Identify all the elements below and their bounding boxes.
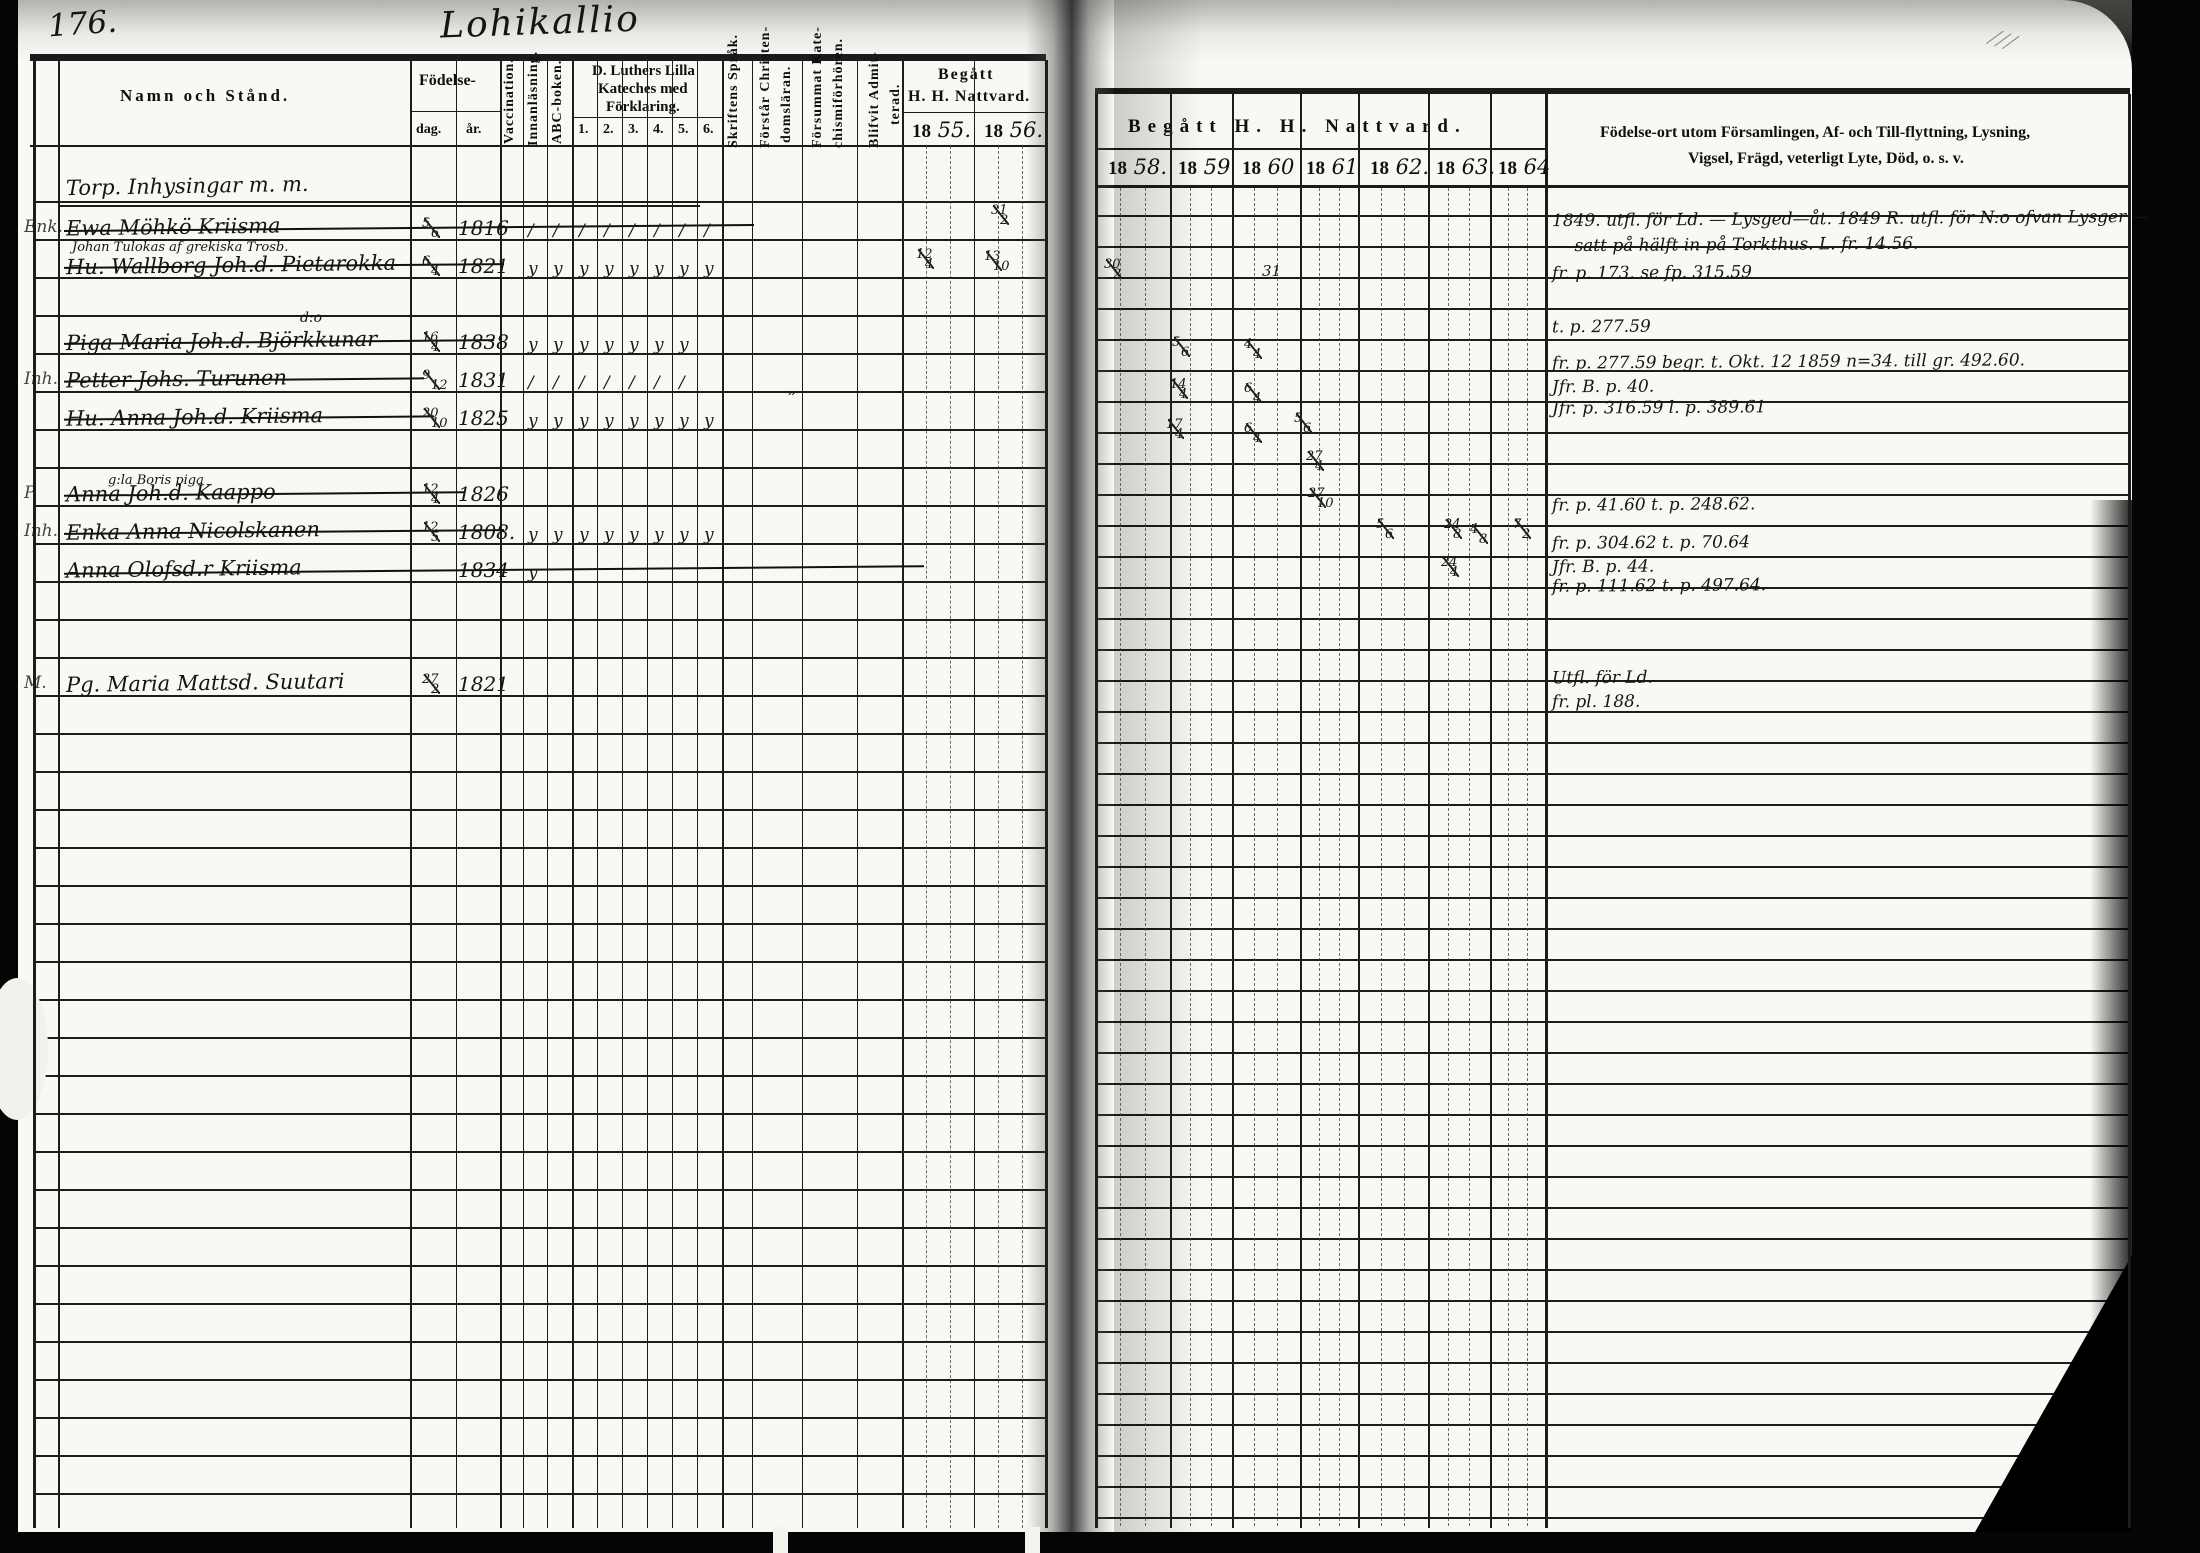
fraction-numerator: 31 — [991, 204, 1008, 217]
communion-date-1863: 248 — [1446, 518, 1463, 544]
fraction-numerator: 24 — [1441, 556, 1458, 569]
fraction-numerator: 27 — [1306, 450, 1323, 463]
right-column-line — [1170, 94, 1172, 1528]
notes-annotation-handwritten: fr. p. 277.59 begr. t. Okt. 12 1859 n=34… — [1552, 350, 2025, 373]
fraction-denominator: 4 — [431, 265, 439, 278]
communion-date-1863: 244 — [1443, 556, 1460, 582]
notes-annotation-handwritten: Jfr. B. p. 40. — [1552, 377, 1654, 398]
left-column-line — [33, 60, 36, 1528]
left-column-line — [597, 60, 598, 1528]
reading-check-mark: / — [528, 373, 534, 393]
reading-check-mark: / — [553, 373, 559, 393]
left-column-line — [902, 60, 904, 1528]
left-column-line — [622, 60, 623, 1528]
communion-date-1863: 48 — [1472, 523, 1480, 549]
margin-abbreviation: Inh. — [24, 521, 58, 541]
right-column-line — [2128, 94, 2131, 1528]
right-subcolumn-dashed-line — [1527, 188, 1528, 1526]
reading-check-mark: y — [528, 563, 538, 583]
reading-check-mark: y — [629, 525, 639, 545]
reading-check-mark: y — [528, 525, 538, 545]
left-column-line — [647, 60, 648, 1528]
notes-annotation-handwritten: fr. p. 41.60 t. p. 248.62. — [1552, 494, 1755, 515]
reading-check-mark: / — [553, 221, 559, 241]
fraction-numerator: 5 — [1376, 518, 1384, 531]
fraction-denominator: 2 — [1522, 528, 1530, 541]
fraction-denominator: 10 — [993, 260, 1010, 273]
fraction-numerator: 16 — [422, 331, 439, 344]
left-column-line — [500, 60, 502, 1528]
person-name-handwritten: Pg. Maria Mattsd. Suutari — [66, 669, 345, 697]
catechism-subcolumn-number: 3. — [628, 122, 639, 138]
fraction-denominator: 6 — [431, 227, 439, 240]
fraction-numerator: 5 — [422, 217, 430, 230]
catechism-subcolumn-number: 2. — [603, 122, 614, 138]
right-subcolumn-dashed-line — [1277, 188, 1278, 1526]
reading-check-mark: y — [654, 259, 664, 279]
right-subcolumn-dashed-line — [1120, 188, 1121, 1526]
year-label-1863: 18 63. — [1436, 155, 1495, 180]
fraction-denominator: 12 — [431, 379, 448, 392]
reading-check-mark: / — [528, 221, 534, 241]
fraction-denominator: 4 — [1450, 566, 1467, 579]
fraction-numerator: 6 — [1244, 422, 1252, 435]
reading-check-mark: y — [629, 259, 639, 279]
left-column-line — [857, 60, 858, 1528]
ditto-mark: „ — [788, 378, 797, 398]
reading-check-mark: y — [528, 335, 538, 355]
right-column-line — [1358, 94, 1360, 1528]
dynamic-content-layer: 18 55.18 56.18 58.18 5918 6018 6118 62.1… — [0, 0, 2200, 1553]
reading-check-mark: y — [604, 525, 614, 545]
notes-annotation-handwritten: fr. p. 304.62 t. p. 70.64 — [1552, 532, 1750, 553]
communion-date-1858: 302 — [1106, 258, 1123, 284]
birth-year-handwritten: 1825 — [458, 406, 509, 430]
fraction-numerator: 14 — [1170, 378, 1187, 391]
right-column-line — [1490, 94, 1492, 1528]
left-column-line — [572, 60, 574, 1528]
notes-annotation-handwritten: — satt på hälft in på Torkthus. L. fr. 1… — [1552, 234, 1919, 257]
person-name-handwritten: Anna Olofsd.r Kriisma — [66, 555, 302, 582]
communion-date-1859: 174 — [1168, 418, 1185, 444]
notes-annotation-handwritten: 1849. utfl. för Ld. — Lysged—åt. 1849 R.… — [1552, 207, 2149, 231]
reading-check-mark: y — [629, 335, 639, 355]
birth-year-handwritten: 1808. — [458, 520, 515, 544]
reading-check-mark: y — [679, 335, 689, 355]
fraction-numerator: 6 — [422, 255, 430, 268]
year-label-1862: 18 62. — [1370, 155, 1429, 180]
fraction-numerator: 30 — [1104, 258, 1121, 271]
reading-check-mark: y — [528, 411, 538, 431]
year-handwritten-digits: 64 — [1517, 155, 1550, 179]
birth-day-fraction: 164 — [424, 331, 441, 357]
birth-day-fraction: 56 — [424, 217, 432, 243]
communion-date-1860: 44 — [1246, 338, 1254, 364]
fraction-denominator: 4 — [1179, 388, 1196, 401]
birth-day-fraction: 272 — [424, 673, 441, 699]
reading-check-mark: / — [704, 221, 710, 241]
right-column-line — [1232, 94, 1234, 1528]
left-column-line — [1045, 60, 1048, 1528]
fraction-numerator: 20 — [422, 407, 439, 420]
fraction-numerator: 9 — [422, 369, 439, 382]
communion-date-1864: 72 — [1515, 518, 1523, 544]
reading-check-mark: y — [654, 411, 664, 431]
fraction-numerator: 27 — [422, 673, 439, 686]
left-subcolumn-dashed-line — [926, 146, 927, 1528]
fraction-numerator: 4 — [1470, 523, 1478, 536]
margin-abbreviation: P. — [24, 483, 37, 503]
fraction-denominator: 4 — [925, 258, 942, 271]
reading-check-mark: / — [604, 221, 610, 241]
reading-check-mark: y — [679, 259, 689, 279]
fraction-numerator: 17 — [1166, 418, 1183, 431]
margin-abbreviation: M. — [24, 673, 47, 693]
fraction-denominator: 4 — [1253, 392, 1261, 405]
right-subcolumn-dashed-line — [1145, 188, 1146, 1526]
person-name-handwritten: Ewa Möhkö Kriisma — [66, 214, 281, 241]
communion-date-1860: 31 — [1262, 262, 1281, 280]
birth-year-handwritten: 1816 — [458, 216, 509, 240]
fraction-denominator: 4 — [1253, 432, 1261, 445]
year-label-1856: 18 56. — [984, 118, 1043, 143]
fraction-denominator: 4 — [431, 341, 448, 354]
birth-day-fraction: 2010 — [424, 407, 441, 433]
left-column-line — [752, 60, 753, 1528]
left-subcolumn-dashed-line — [1022, 146, 1023, 1528]
birth-year-handwritten: 1834 — [458, 558, 509, 582]
communion-date-1859: 144 — [1172, 378, 1189, 404]
notes-annotation-handwritten: fr. p. 111.62 t. p. 497.64. — [1552, 575, 1766, 596]
reading-check-mark: y — [654, 335, 664, 355]
fraction-denominator: 5 — [431, 531, 448, 544]
communion-date-1856: 1310 — [986, 250, 1003, 276]
right-column-line — [1300, 94, 1302, 1528]
reading-check-mark: y — [629, 411, 639, 431]
year-handwritten-digits: 55. — [931, 118, 971, 142]
reading-check-mark: y — [579, 411, 589, 431]
notes-annotation-handwritten: fr. p. 173. se fp. 315.59 — [1552, 262, 1752, 283]
reading-check-mark: y — [704, 525, 714, 545]
birth-day-fraction: 64 — [424, 255, 432, 281]
fraction-denominator: 6 — [1385, 528, 1393, 541]
reading-check-mark: y — [553, 335, 563, 355]
left-column-line — [672, 60, 673, 1528]
year-handwritten-digits: 62. — [1389, 155, 1429, 179]
year-handwritten-digits: 63. — [1455, 155, 1495, 179]
notes-annotation-handwritten: t. p. 277.59 — [1552, 317, 1651, 338]
catechism-subcolumn-number: 4. — [653, 122, 664, 138]
communion-date-1861: 274 — [1308, 450, 1325, 476]
right-subcolumn-dashed-line — [1508, 188, 1509, 1526]
reading-check-mark: y — [528, 259, 538, 279]
communion-date-1860: 64 — [1246, 422, 1254, 448]
reading-check-mark: / — [629, 373, 635, 393]
birth-day-fraction: 125 — [424, 521, 441, 547]
fraction-denominator: 4 — [1175, 428, 1192, 441]
communion-date-1861: 2710 — [1310, 487, 1327, 513]
right-subcolumn-dashed-line — [1469, 188, 1470, 1526]
reading-check-mark: / — [604, 373, 610, 393]
reading-check-mark: / — [654, 221, 660, 241]
fraction-numerator: 12 — [422, 483, 439, 496]
reading-check-mark: y — [679, 411, 689, 431]
fraction-denominator: 10 — [431, 417, 448, 430]
left-column-line — [547, 60, 548, 1528]
reading-check-mark: y — [579, 525, 589, 545]
communion-date-1859: 56 — [1174, 336, 1182, 362]
year-label-1859: 18 59 — [1178, 155, 1230, 180]
year-label-1858: 18 58. — [1108, 155, 1167, 180]
reading-check-mark: / — [679, 373, 685, 393]
fraction-numerator: 4 — [1244, 338, 1252, 351]
margin-abbreviation: Inh. — [24, 369, 58, 389]
year-handwritten-digits: 60 — [1261, 155, 1294, 179]
right-subcolumn-dashed-line — [1319, 188, 1320, 1526]
year-handwritten-digits: 61 — [1325, 155, 1358, 179]
communion-date-1860: 64 — [1246, 382, 1254, 408]
notes-annotation-handwritten: Jfr. p. 316.59 l. p. 389.61 — [1552, 397, 1766, 418]
left-column-line — [456, 60, 457, 1528]
right-subcolumn-dashed-line — [1339, 188, 1340, 1526]
left-subcolumn-dashed-line — [950, 146, 951, 1528]
catechism-subcolumn-number: 6. — [703, 122, 714, 138]
fraction-numerator: 12 — [916, 248, 933, 261]
reading-check-mark: y — [679, 525, 689, 545]
right-subcolumn-dashed-line — [1381, 188, 1382, 1526]
fraction-numerator: 12 — [422, 521, 439, 534]
left-subcolumn-dashed-line — [998, 146, 999, 1528]
left-column-line — [58, 60, 60, 1528]
left-column-line — [410, 60, 412, 1528]
reading-check-mark: / — [679, 221, 685, 241]
fraction-denominator: 4 — [1253, 348, 1261, 361]
reading-check-mark: y — [553, 411, 563, 431]
year-label-1864: 18 64 — [1498, 155, 1550, 180]
reading-check-mark: y — [579, 335, 589, 355]
reading-check-mark: y — [604, 335, 614, 355]
right-column-line — [1428, 94, 1430, 1528]
right-column-line — [1095, 94, 1098, 1528]
year-label-1861: 18 61 — [1306, 155, 1358, 180]
fraction-numerator: 7 — [1513, 518, 1521, 531]
fraction-denominator: 4 — [1315, 460, 1332, 473]
reading-check-mark: y — [704, 259, 714, 279]
birth-day-fraction: 124 — [424, 483, 441, 509]
reading-check-mark: y — [654, 525, 664, 545]
left-column-line — [974, 60, 975, 1528]
reading-check-mark: y — [704, 411, 714, 431]
birth-year-handwritten: 1826 — [458, 482, 509, 506]
fraction-denominator: 8 — [1479, 533, 1487, 546]
reading-check-mark: y — [579, 259, 589, 279]
fraction-denominator: 2 — [1000, 214, 1017, 227]
birth-year-handwritten: 1821 — [458, 672, 509, 696]
fraction-denominator: 6 — [1181, 346, 1189, 359]
left-column-line — [802, 60, 803, 1528]
fraction-numerator: 5 — [1172, 336, 1180, 349]
fraction-numerator: 5 — [1294, 412, 1302, 425]
fraction-numerator: 27 — [1308, 487, 1325, 500]
year-handwritten-digits: 58. — [1127, 155, 1167, 179]
scanned-parish-register-spread: 176. Lohikallio Namn och Stånd. Födelse-… — [0, 0, 2200, 1553]
right-subcolumn-dashed-line — [1448, 188, 1449, 1526]
section-header-handwritten: Torp. Inhysingar m. m. — [66, 172, 309, 200]
fraction-numerator: 13 — [984, 250, 1001, 263]
left-column-line — [523, 60, 524, 1528]
reading-check-mark: / — [654, 373, 660, 393]
year-handwritten-digits: 59 — [1197, 155, 1230, 179]
year-label-1860: 18 60 — [1242, 155, 1294, 180]
birth-year-handwritten: 1838 — [458, 330, 509, 354]
reading-check-mark: / — [579, 373, 585, 393]
fraction-denominator: 4 — [431, 493, 448, 506]
birth-year-handwritten: 1821 — [458, 254, 509, 278]
fraction-denominator: 8 — [1453, 528, 1470, 541]
year-label-1855: 18 55. — [912, 118, 971, 143]
margin-abbreviation: Enk. — [24, 217, 63, 237]
birth-day-fraction: 912 — [424, 369, 441, 395]
section-header-underline — [60, 205, 700, 207]
fraction-denominator: 2 — [431, 683, 448, 696]
reading-check-mark: / — [579, 221, 585, 241]
fraction-numerator: 24 — [1444, 518, 1461, 531]
year-handwritten-digits: 56. — [1003, 118, 1043, 142]
fraction-denominator: 10 — [1317, 497, 1334, 510]
notes-annotation-handwritten: Jfr. B. p. 44. — [1552, 557, 1654, 578]
communion-date-1856: 312 — [993, 204, 1010, 230]
interline-note-handwritten: d:o — [300, 310, 322, 326]
fraction-numerator: 6 — [1244, 382, 1252, 395]
communion-date-1862: 56 — [1378, 518, 1386, 544]
left-column-line — [697, 60, 698, 1528]
fraction-denominator: 6 — [1303, 422, 1311, 435]
reading-check-mark: y — [553, 525, 563, 545]
right-column-line — [1545, 94, 1548, 1528]
communion-date-1855: 124 — [918, 248, 935, 274]
communion-date-1861: 56 — [1296, 412, 1304, 438]
fraction-denominator: 2 — [1113, 268, 1130, 281]
catechism-subcolumn-number: 5. — [678, 122, 689, 138]
right-subcolumn-dashed-line — [1404, 188, 1405, 1526]
catechism-subcolumn-number: 1. — [578, 122, 589, 138]
reading-check-mark: y — [553, 259, 563, 279]
left-column-line — [722, 60, 724, 1528]
notes-annotation-handwritten: Utfl. för Ld. — [1552, 668, 1653, 689]
reading-check-mark: y — [604, 411, 614, 431]
reading-check-mark: y — [604, 259, 614, 279]
reading-check-mark: / — [629, 221, 635, 241]
birth-year-handwritten: 1831 — [458, 368, 509, 392]
right-subcolumn-dashed-line — [1211, 188, 1212, 1526]
notes-annotation-handwritten: fr. pl. 188. — [1552, 692, 1640, 713]
